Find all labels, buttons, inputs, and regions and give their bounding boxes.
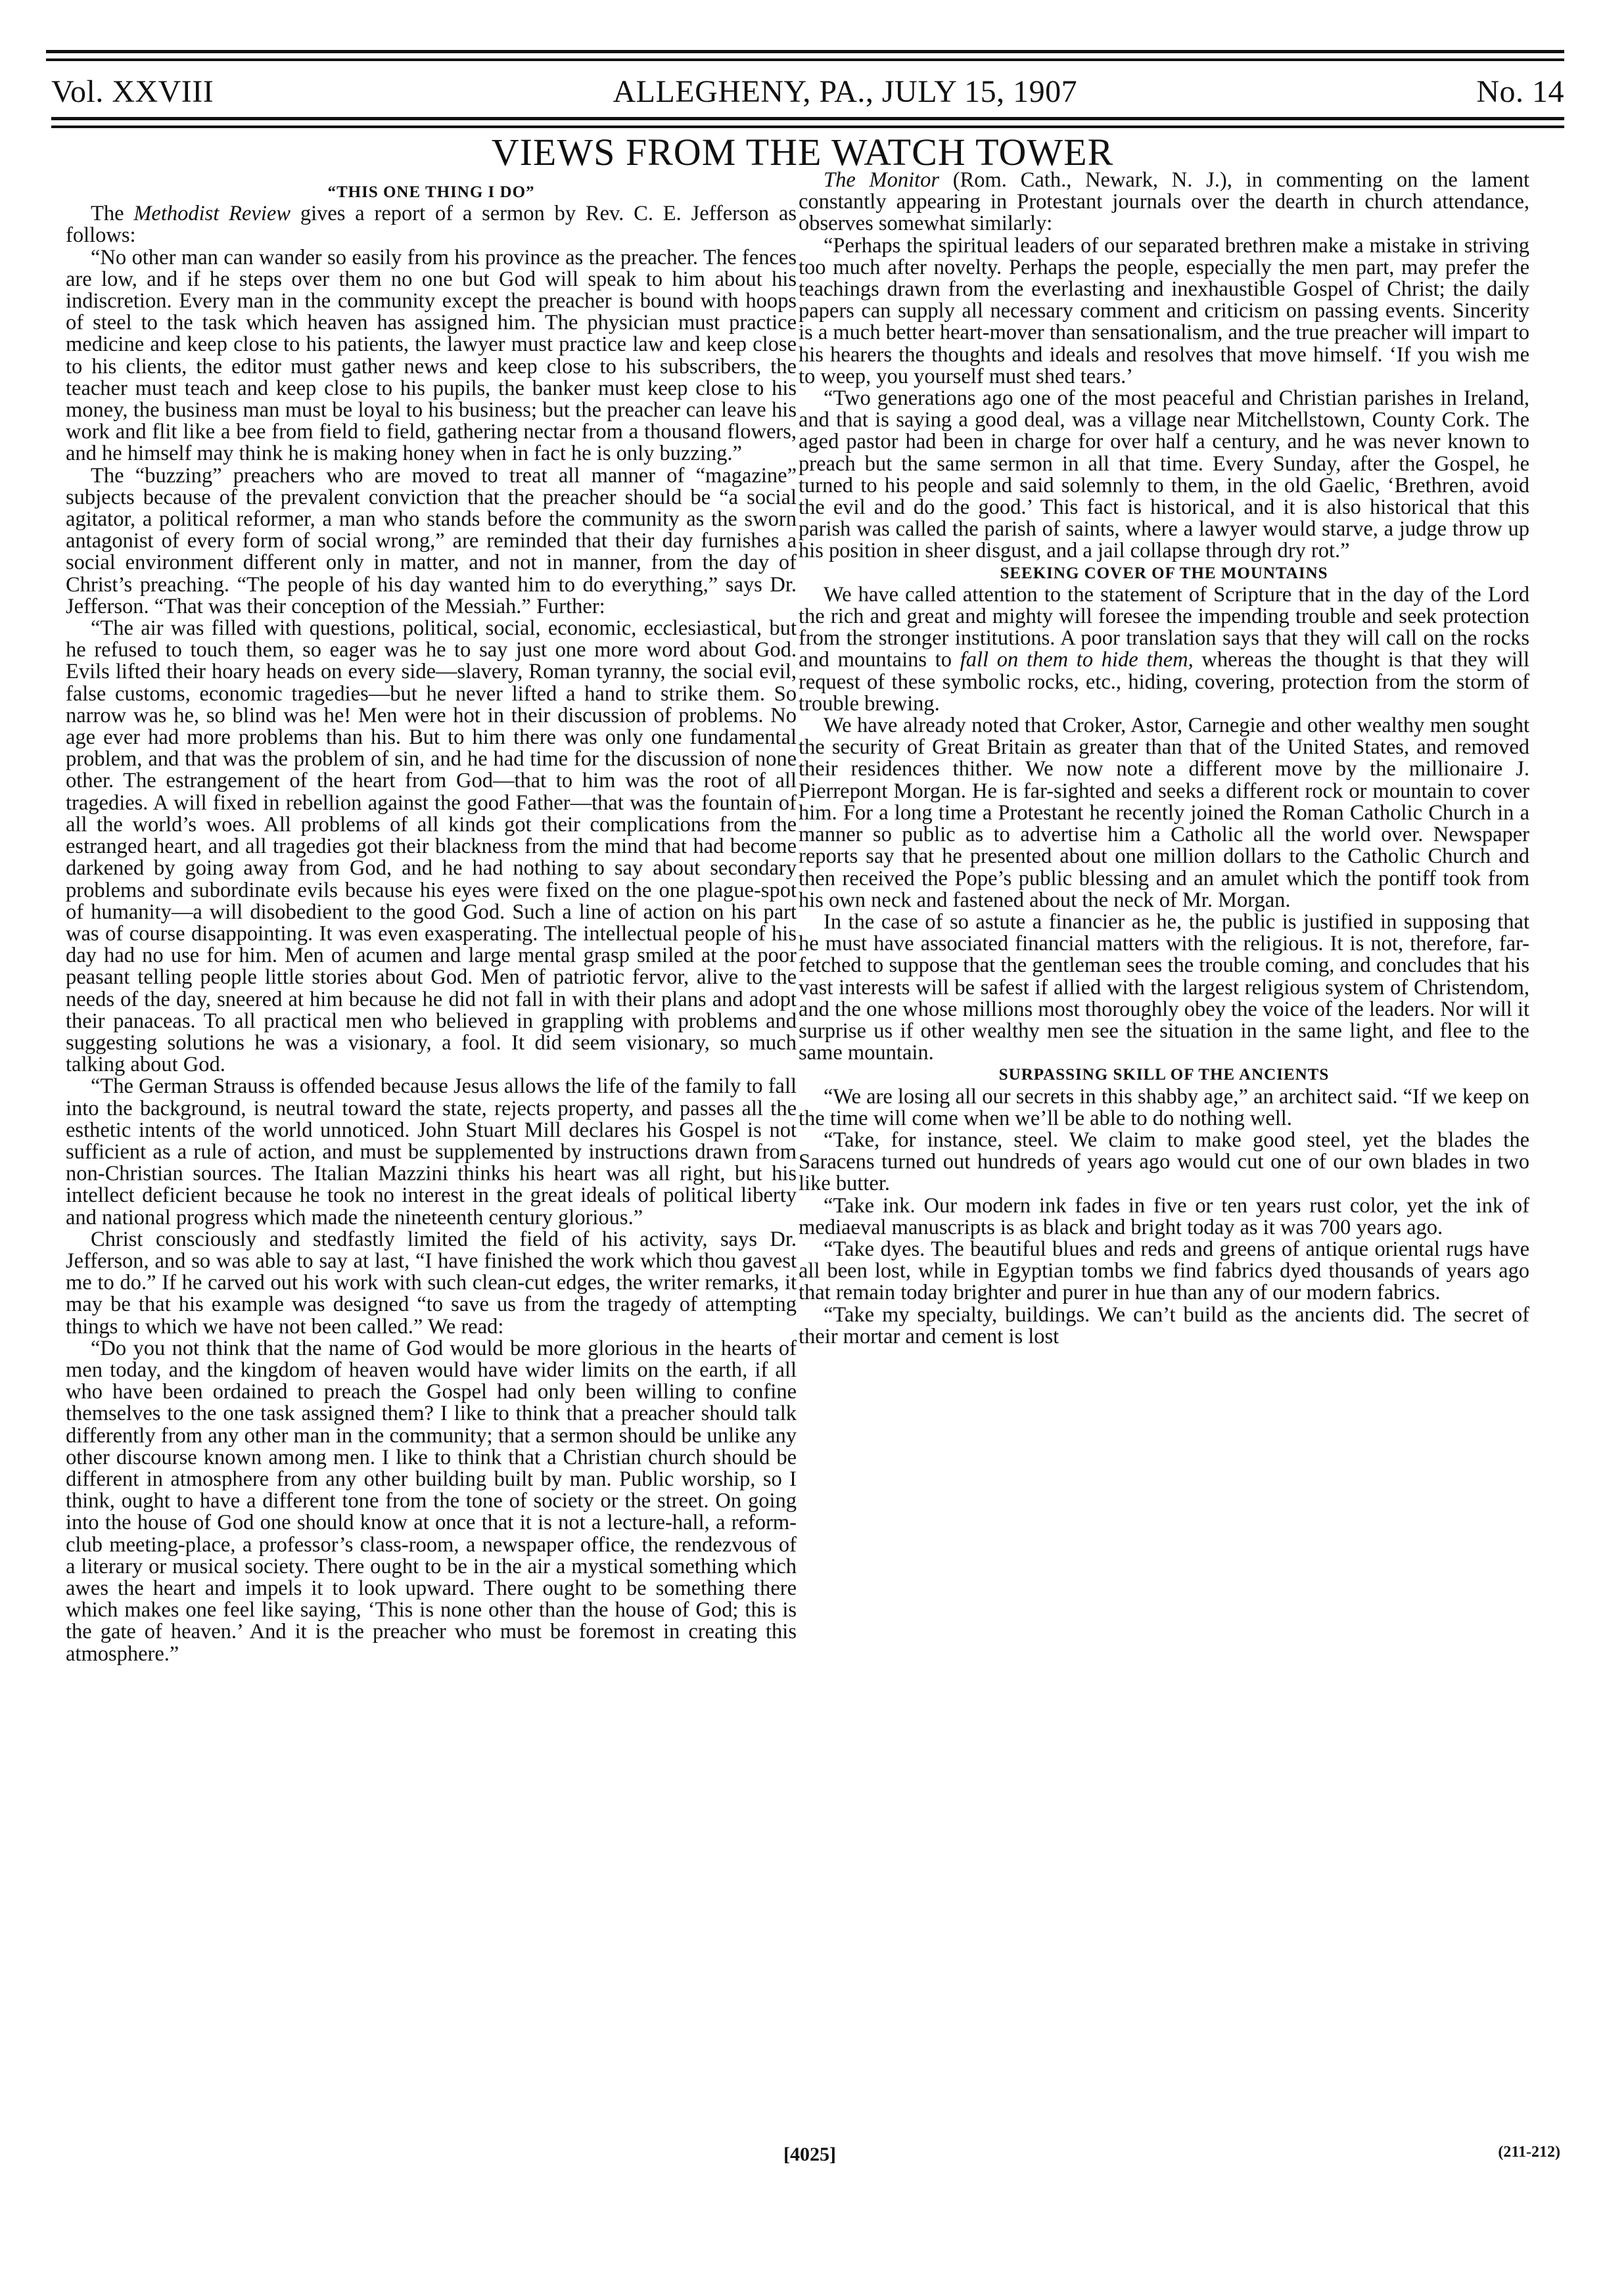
paragraph: “We are losing all our secrets in this s…	[799, 1086, 1529, 1130]
masthead: Vol. XXVIII ALLEGHENY, PA., JULY 15, 190…	[51, 74, 1564, 110]
paragraph: “Do you not think that the name of God w…	[66, 1338, 797, 1665]
page-number: [4025]	[783, 2144, 836, 2166]
paragraph: Christ consciously and stedfastly limite…	[66, 1229, 797, 1338]
paragraph: “The air was filled with questions, poli…	[66, 618, 797, 1076]
paragraph: We have already noted that Croker, Astor…	[799, 715, 1529, 911]
paragraph: “No other man can wander so easily from …	[66, 247, 797, 465]
paragraph: “The German Strauss is offended because …	[66, 1076, 797, 1228]
bottom-double-rule	[51, 117, 1564, 128]
paragraph: The Monitor (Rom. Cath., Newark, N. J.),…	[799, 170, 1529, 235]
place-date: ALLEGHENY, PA., JULY 15, 1907	[613, 74, 1077, 110]
paragraph: “Two generations ago one of the most pea…	[799, 388, 1529, 563]
paragraph: “Perhaps the spiritual leaders of our se…	[799, 235, 1529, 388]
paragraph: “Take ink. Our modern ink fades in five …	[799, 1195, 1529, 1239]
page-title: VIEWS FROM THE WATCH TOWER	[0, 130, 1605, 174]
paragraph: The “buzzing” preachers who are moved to…	[66, 465, 797, 618]
paragraph: “Take my specialty, buildings. We can’t …	[799, 1304, 1529, 1348]
section-heading: SURPASSING SKILL OF THE ANCIENTS	[799, 1064, 1529, 1086]
paragraph: In the case of so astute a financier as …	[799, 911, 1529, 1064]
paragraph: We have called attention to the statemen…	[799, 584, 1529, 715]
paragraph: “Take dyes. The beautiful blues and reds…	[799, 1239, 1529, 1304]
volume-label: Vol. XXVIII	[51, 74, 214, 110]
issue-number: No. 14	[1476, 74, 1564, 110]
paragraph: “Take, for instance, steel. We claim to …	[799, 1130, 1529, 1195]
section-heading: SEEKING COVER OF THE MOUNTAINS	[799, 563, 1529, 584]
left-column: “THIS ONE THING I DO” The Methodist Revi…	[66, 181, 797, 1665]
paragraph: The Methodist Review gives a report of a…	[66, 203, 797, 246]
page-reference: (211-212)	[1498, 2144, 1560, 2161]
section-heading: “THIS ONE THING I DO”	[66, 181, 797, 203]
top-double-rule	[46, 50, 1564, 61]
right-column: The Monitor (Rom. Cath., Newark, N. J.),…	[799, 170, 1529, 1348]
